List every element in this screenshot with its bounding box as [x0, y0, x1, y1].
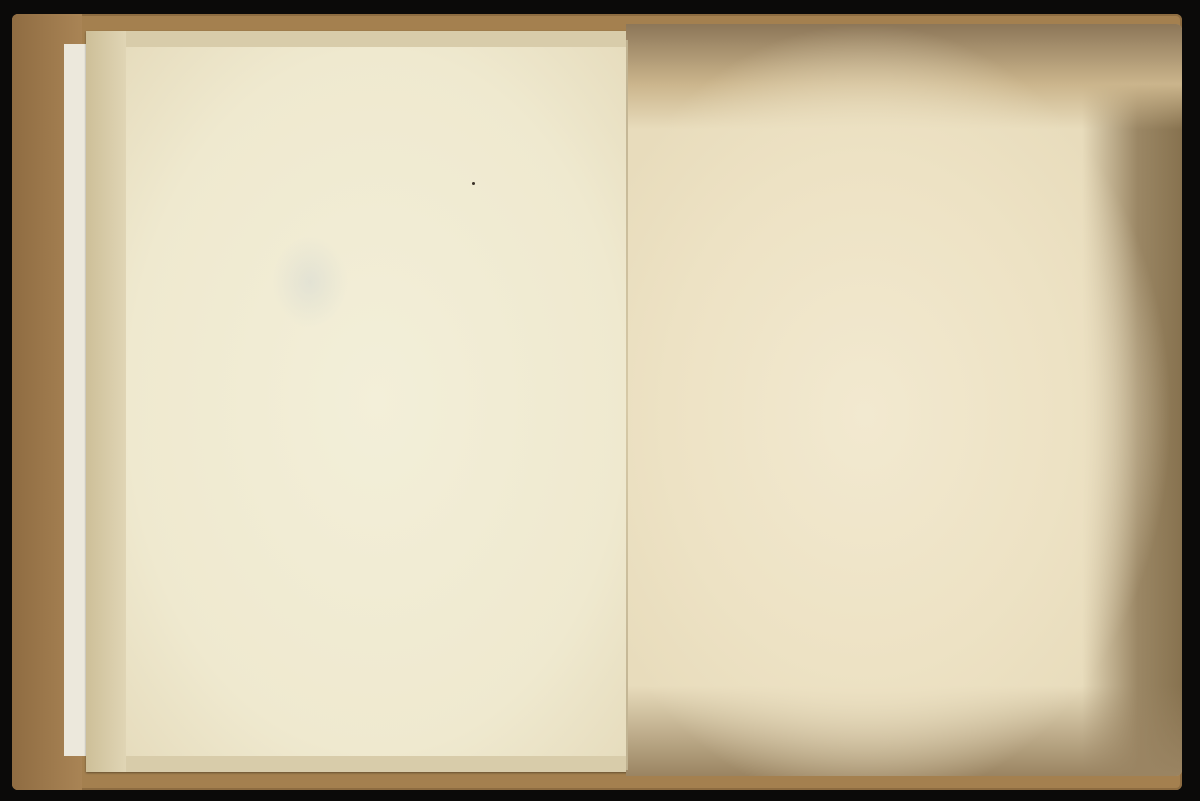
left-page-body — [126, 47, 628, 756]
book-gutter — [626, 40, 628, 770]
show-through-mark — [272, 236, 348, 328]
ink-speck — [472, 182, 475, 185]
left-page-margin — [86, 31, 126, 772]
left-page — [86, 31, 628, 772]
right-page — [626, 24, 1182, 776]
